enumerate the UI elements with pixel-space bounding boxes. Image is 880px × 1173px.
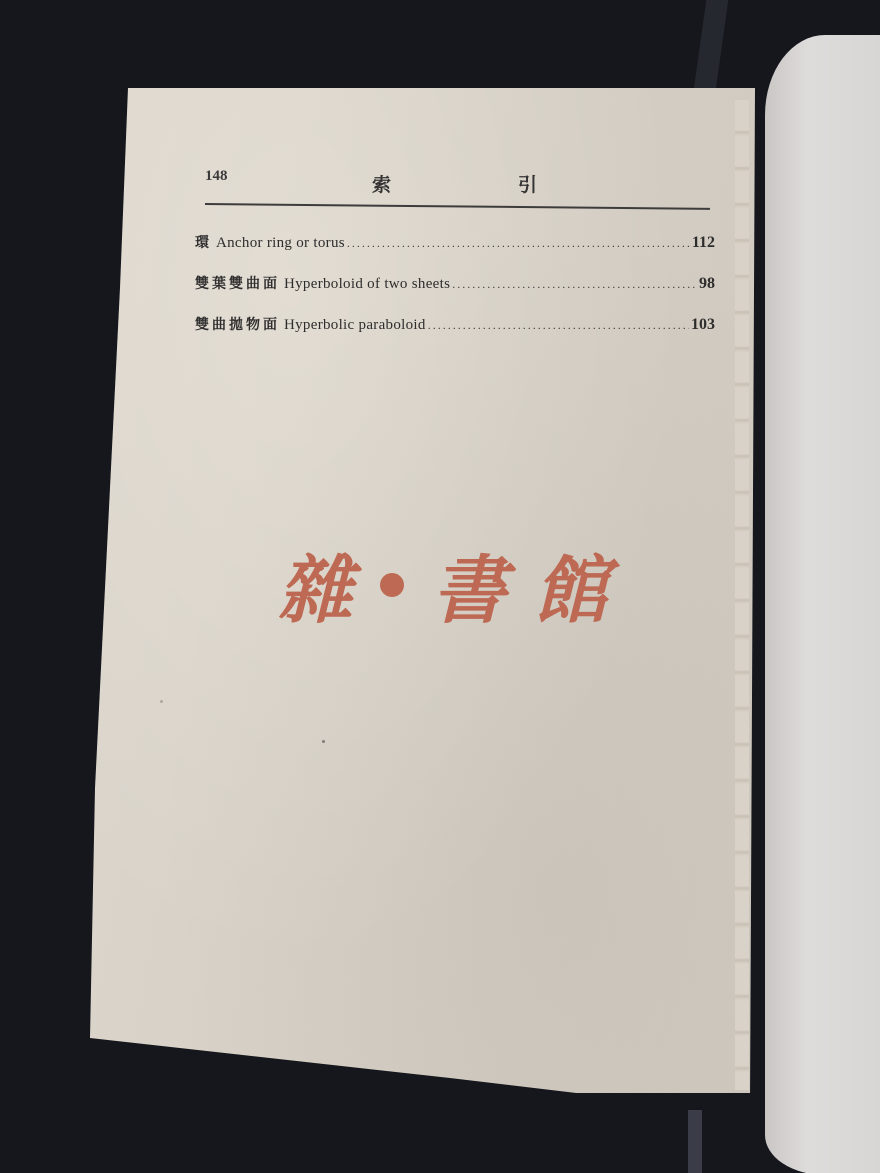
- paper-speck: [322, 740, 325, 743]
- index-entry: 環 Anchor ring or torus .................…: [195, 232, 715, 273]
- facing-page: [765, 35, 880, 1173]
- paper-speck: [160, 700, 163, 703]
- page-number: 148: [205, 168, 228, 185]
- index-entry: 雙葉雙曲面 Hyperboloid of two sheets ........…: [195, 273, 715, 314]
- entry-chinese: 環: [195, 232, 212, 252]
- watermark-char-2: 書: [432, 532, 506, 638]
- entry-page: 103: [691, 316, 715, 334]
- entry-page: 112: [692, 234, 715, 252]
- dot-leader: ........................................…: [347, 236, 690, 251]
- entry-english: Hyperboloid of two sheets: [284, 276, 450, 293]
- background-strap-bottom: [688, 1110, 702, 1173]
- entry-chinese: 雙曲拋物面: [195, 314, 280, 334]
- title-char-1: 索: [372, 170, 391, 197]
- entry-page: 98: [699, 275, 715, 293]
- background-strap: [694, 0, 729, 90]
- entry-english: Hyperbolic paraboloid: [284, 317, 426, 334]
- watermark-stamp: 雜 書 館: [278, 535, 608, 635]
- dot-leader: ........................................…: [452, 277, 697, 292]
- dot-leader: ........................................…: [428, 318, 689, 333]
- index-entry: 雙曲拋物面 Hyperbolic paraboloid ............…: [195, 314, 715, 355]
- entry-chinese: 雙葉雙曲面: [195, 273, 280, 293]
- watermark-char-3: 館: [534, 532, 608, 638]
- title-char-2: 引: [518, 170, 537, 197]
- watermark-dot-icon: [380, 573, 404, 597]
- watermark-char-1: 雜: [278, 532, 352, 638]
- entry-english: Anchor ring or torus: [216, 235, 345, 252]
- index-entries: 環 Anchor ring or torus .................…: [195, 232, 715, 355]
- page-binding-edge: [735, 100, 749, 1090]
- page-header: 148 索 引: [205, 166, 710, 196]
